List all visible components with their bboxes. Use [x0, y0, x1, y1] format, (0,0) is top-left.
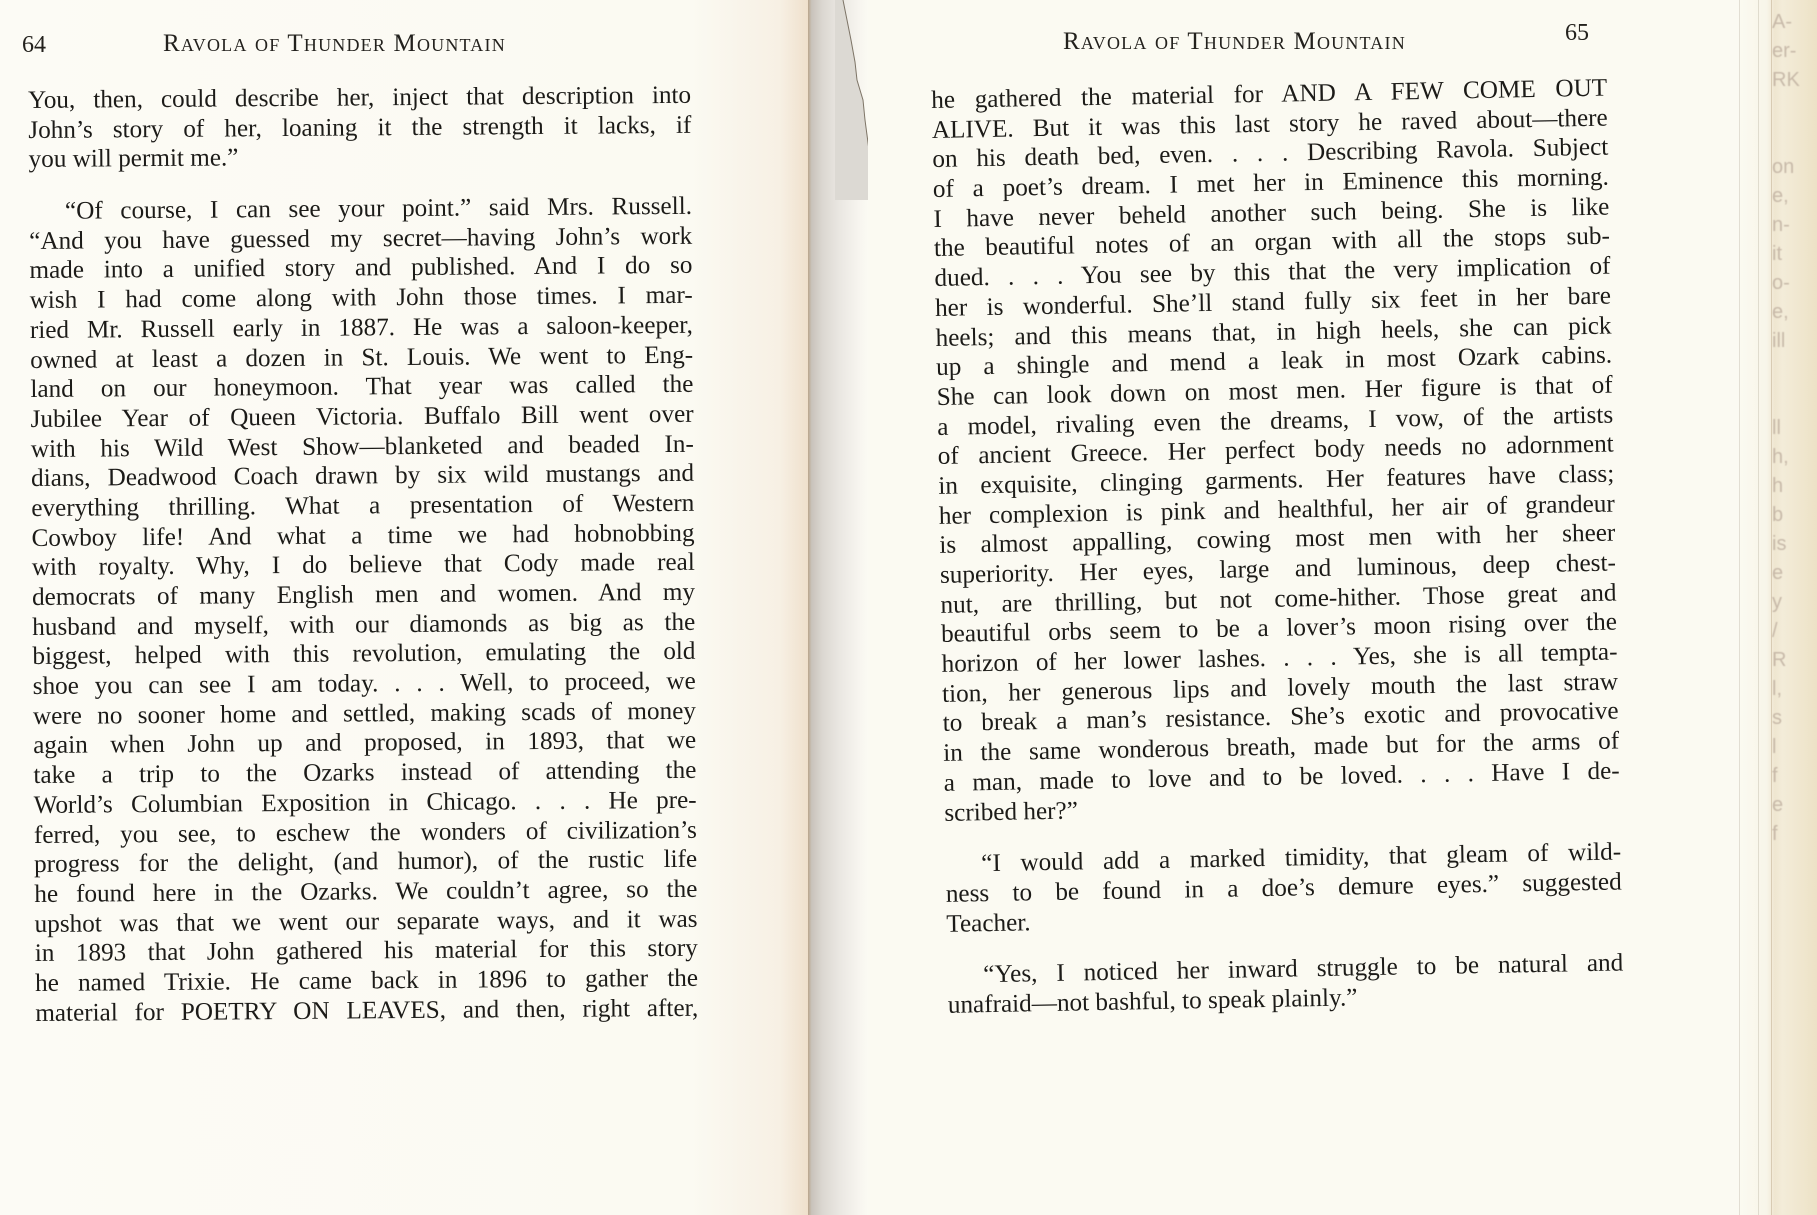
text-line: Jubilee Year of Queen Victoria. Buffalo … — [31, 400, 694, 435]
text-line: John’s story of her, loaning it the stre… — [28, 110, 691, 145]
text-line: democrats of many English men and women.… — [32, 578, 695, 613]
right-page-body: he gathered the material for AND A FEW C… — [931, 74, 1624, 1021]
text-line: he named Trixie. He came back in 1896 to… — [35, 964, 698, 999]
bleed-through-text: A- er- RK on e, n- it o- e, ill ll h, h … — [1772, 8, 1817, 849]
text-line: he found here in the Ozarks. We couldn’t… — [34, 875, 697, 910]
page-number-left: 64 — [22, 32, 46, 59]
text-line: ried Mr. Russell early in 1887. He was a… — [30, 311, 693, 346]
text-line: “Of course, I can see your point.” said … — [29, 192, 692, 227]
running-head-left: Ravola of Thunder Mountain — [163, 30, 506, 58]
left-page-body: You, then, could describe her, inject th… — [28, 81, 699, 1088]
text-line: everything thrilling. What a presentatio… — [31, 489, 694, 524]
text-line: World’s Columbian Exposition in Chicago.… — [34, 786, 697, 821]
left-page: 64 Ravola of Thunder Mountain You, then,… — [0, 0, 812, 1215]
text-line: shoe you can see I am today. . . . Well,… — [33, 667, 696, 702]
book-spread: 64 Ravola of Thunder Mountain You, then,… — [0, 0, 1817, 1215]
page-edge-line — [1758, 0, 1759, 1215]
page-edge-line — [1739, 0, 1740, 1215]
text-line: You, then, could describe her, inject th… — [28, 81, 691, 116]
text-line — [36, 1053, 699, 1088]
running-head-right: Ravola of Thunder Mountain — [1063, 28, 1406, 56]
page-number-right: 65 — [1565, 20, 1589, 47]
text-line: material for POETRY ON LEAVES, and then,… — [35, 993, 698, 1028]
